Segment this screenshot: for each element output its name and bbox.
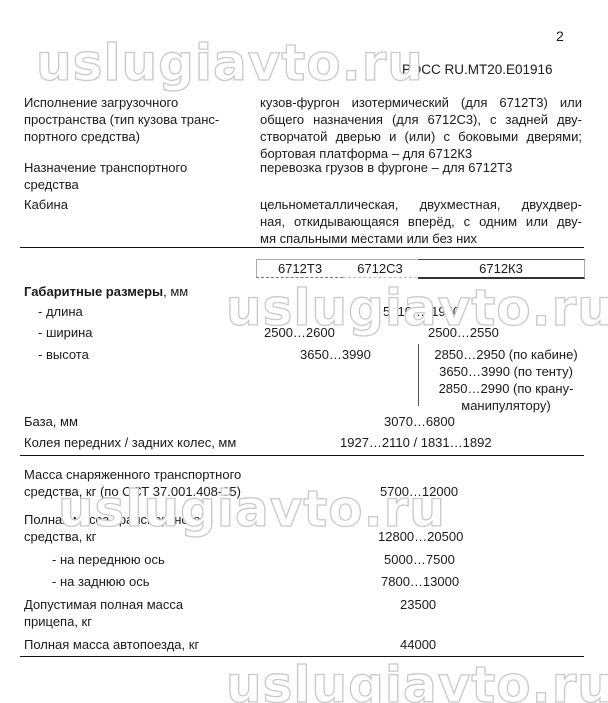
divider-3 bbox=[20, 656, 584, 657]
length-label: - длина bbox=[38, 303, 83, 320]
trailer-mass-label: Допустимая полная масса прицепа, кг bbox=[24, 596, 183, 630]
base-label: База, мм bbox=[24, 413, 78, 430]
watermark-bottom: uslugiavto.ru bbox=[226, 660, 608, 703]
column-6712T3: 6712Т3 bbox=[256, 259, 343, 278]
width-value-k3: 2500…2550 bbox=[428, 324, 499, 341]
curb-mass-value: 5700…12000 bbox=[380, 483, 458, 500]
column-6712K3: 6712К3 bbox=[418, 259, 585, 279]
width-value-t3-c3: 2500…2600 bbox=[264, 324, 335, 341]
divider-1b bbox=[250, 247, 584, 248]
track-label: Колея передних / задних колес, мм bbox=[24, 434, 236, 451]
length-value: 5910…11950 bbox=[383, 303, 460, 320]
column-6712C3: 6712С3 bbox=[343, 259, 417, 278]
height-value-k3: 2850…2950 (по кабине) 3650…3990 (по тент… bbox=[424, 346, 588, 414]
train-mass-label: Полная масса автопоезда, кг bbox=[24, 636, 199, 653]
height-value-t3-c3: 3650…3990 bbox=[300, 346, 371, 363]
purpose-label: Назначение транспортного средства bbox=[24, 159, 187, 193]
body-type-label: Исполнение загрузочного пространства (ти… bbox=[24, 94, 219, 145]
rear-axle-value: 7800…13000 bbox=[381, 573, 459, 590]
front-axle-label: - на переднюю ось bbox=[52, 551, 165, 568]
page-number: 2 bbox=[556, 28, 564, 45]
cabin-value: цельнометаллическая, двухместная, двухдв… bbox=[260, 196, 582, 247]
trailer-mass-value: 23500 bbox=[400, 596, 436, 613]
train-mass-value: 44000 bbox=[400, 636, 436, 653]
width-label: - ширина bbox=[38, 324, 93, 341]
certificate-number: РОСС RU.MT20.E01916 bbox=[402, 61, 553, 78]
gross-mass-value: 12800…20500 bbox=[378, 528, 463, 545]
cabin-label: Кабина bbox=[24, 196, 68, 213]
curb-mass-label: Масса снаряженного транспортного средств… bbox=[24, 466, 241, 500]
height-column-separator bbox=[418, 344, 419, 406]
height-label: - высота bbox=[38, 346, 89, 363]
base-value: 3070…6800 bbox=[384, 413, 455, 430]
purpose-value: перевозка грузов в фургоне – для 6712Т3 bbox=[260, 159, 582, 176]
divider-2 bbox=[20, 455, 584, 456]
track-value: 1927…2110 / 1831…1892 bbox=[340, 434, 492, 451]
rear-axle-label: - на заднюю ось bbox=[52, 573, 150, 590]
watermark-top: uslugiavto.ru bbox=[36, 38, 424, 88]
gross-mass-label: Полная масса транспортного средства, кг bbox=[24, 511, 200, 545]
front-axle-value: 5000…7500 bbox=[384, 551, 455, 568]
body-type-value: кузов-фургон изотермический (для 6712Т3)… bbox=[260, 94, 582, 162]
dimensions-heading: Габаритные размеры, мм bbox=[24, 283, 188, 300]
